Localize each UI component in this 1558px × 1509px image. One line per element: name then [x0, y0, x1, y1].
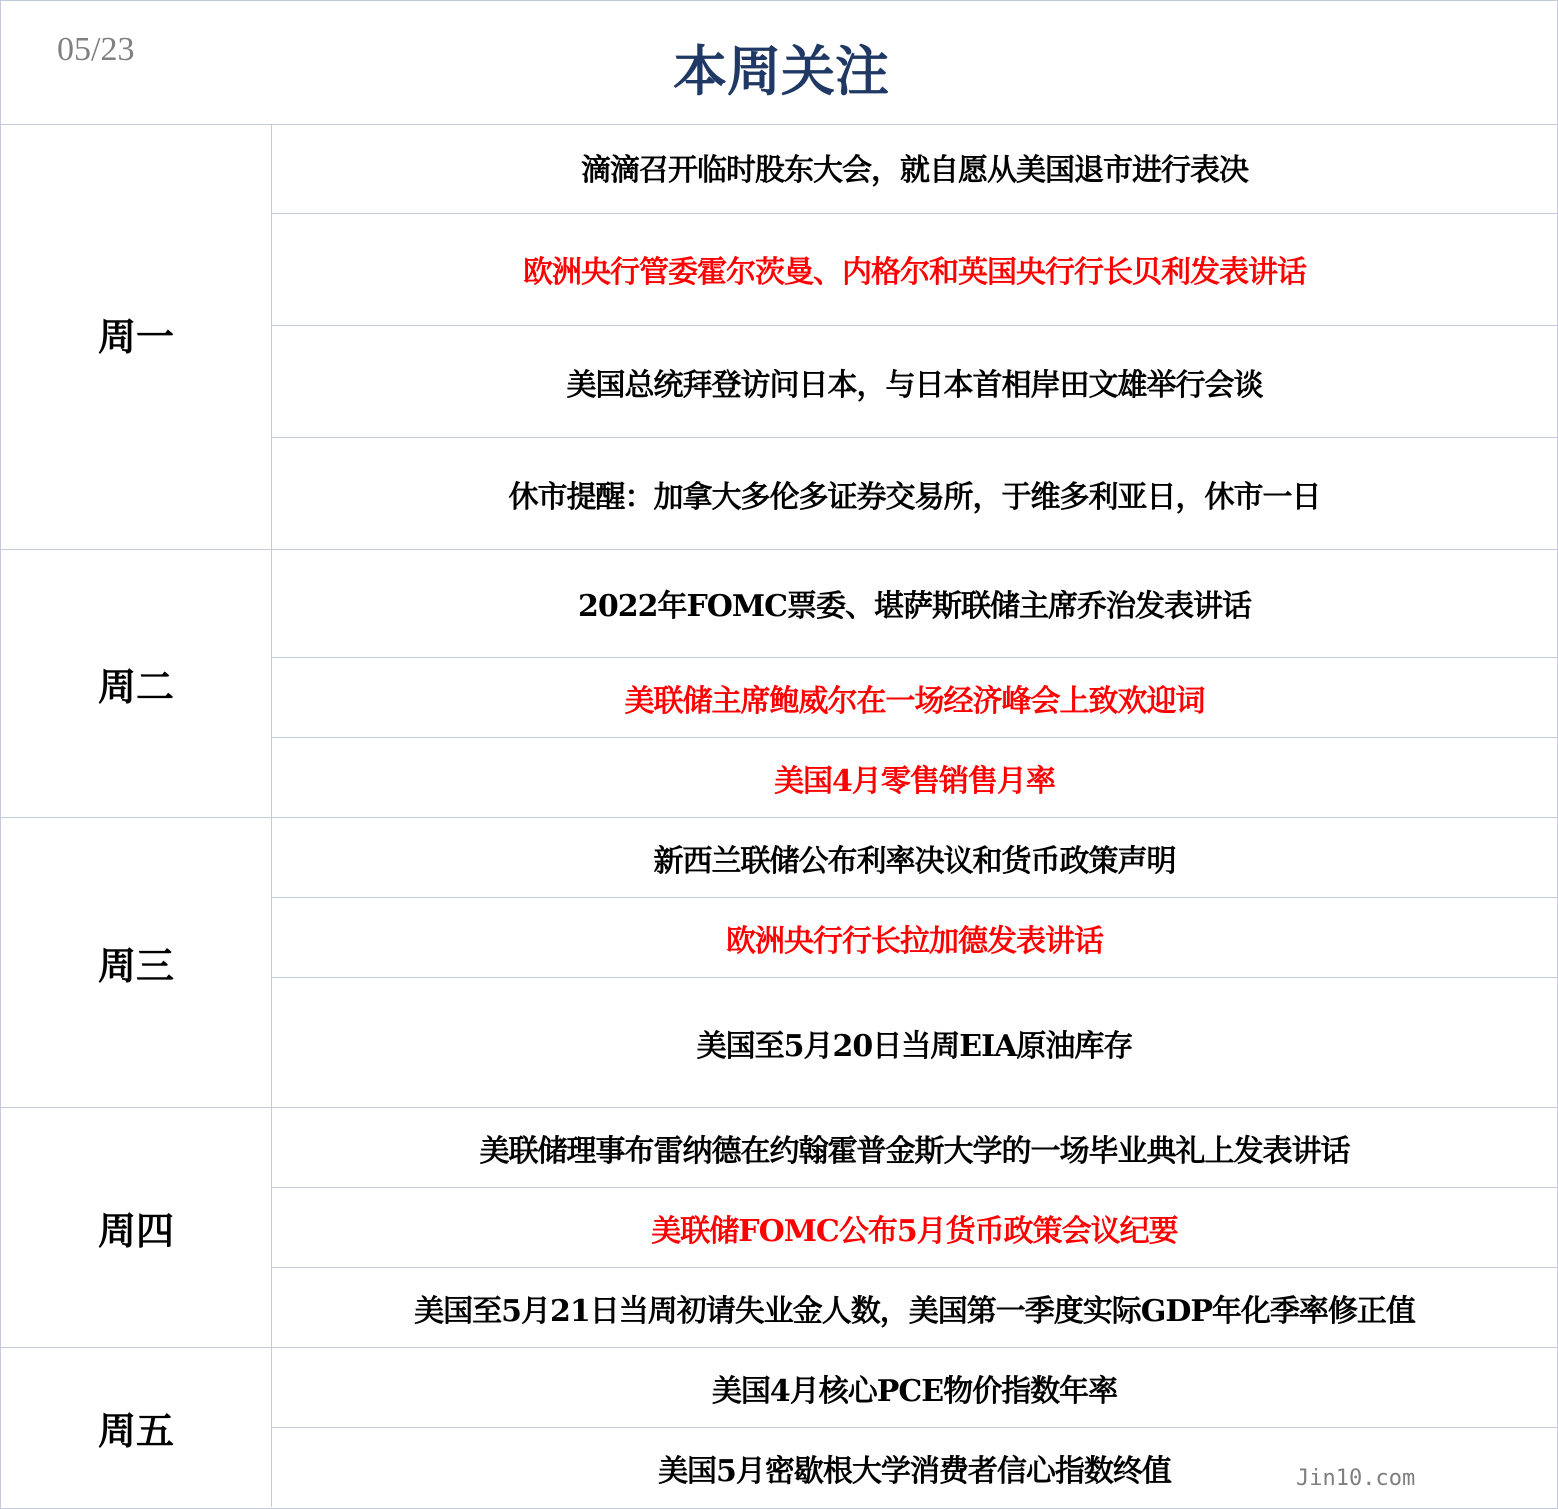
- day-label-wednesday: 周三: [1, 818, 272, 1107]
- event-row: 美国总统拜登访问日本，与日本首相岸田文雄举行会谈: [272, 326, 1557, 438]
- event-row: 美国至5月21日当周初请失业金人数，美国第一季度实际GDP年化季率修正值: [272, 1268, 1557, 1347]
- day-label-thursday: 周四: [1, 1108, 272, 1347]
- event-text: 美联储主席鲍威尔在一场经济峰会上致欢迎词: [625, 676, 1205, 720]
- event-text: 美国5月密歇根大学消费者信心指数终值: [658, 1446, 1171, 1490]
- day-label-tuesday: 周二: [1, 550, 272, 817]
- event-text: 美国4月核心PCE物价指数年率: [712, 1366, 1117, 1410]
- event-row-highlight: 欧洲央行管委霍尔茨曼、内格尔和英国央行行长贝利发表讲话: [272, 214, 1557, 326]
- watermark: Jin10.com: [1296, 1466, 1415, 1491]
- event-row-highlight: 美联储主席鲍威尔在一场经济峰会上致欢迎词: [272, 658, 1557, 738]
- event-list-monday: 滴滴召开临时股东大会，就自愿从美国退市进行表决 欧洲央行管委霍尔茨曼、内格尔和英…: [272, 124, 1557, 549]
- event-text: 新西兰联储公布利率决议和货币政策声明: [654, 836, 1176, 880]
- day-block-tuesday: 周二 2022年FOMC票委、堪萨斯联储主席乔治发表讲话 美联储主席鲍威尔在一场…: [1, 550, 1557, 818]
- event-text: 美国至5月21日当周初请失业金人数，美国第一季度实际GDP年化季率修正值: [414, 1286, 1415, 1330]
- event-row: 美国4月核心PCE物价指数年率: [272, 1348, 1557, 1428]
- day-block-thursday: 周四 美联储理事布雷纳德在约翰霍普金斯大学的一场毕业典礼上发表讲话 美联储FOM…: [1, 1108, 1557, 1348]
- event-row: 2022年FOMC票委、堪萨斯联储主席乔治发表讲话: [272, 550, 1557, 658]
- event-text: 欧洲央行管委霍尔茨曼、内格尔和英国央行行长贝利发表讲话: [523, 247, 1306, 291]
- event-list-wednesday: 新西兰联储公布利率决议和货币政策声明 欧洲央行行长拉加德发表讲话 美国至5月20…: [272, 818, 1557, 1107]
- event-row-highlight: 美联储FOMC公布5月货币政策会议纪要: [272, 1188, 1557, 1268]
- event-text: 美国总统拜登访问日本，与日本首相岸田文雄举行会谈: [567, 360, 1263, 404]
- day-label-text: 周一: [98, 306, 174, 361]
- day-block-wednesday: 周三 新西兰联储公布利率决议和货币政策声明 欧洲央行行长拉加德发表讲话 美国至5…: [1, 818, 1557, 1108]
- event-text: 美联储FOMC公布5月货币政策会议纪要: [651, 1206, 1177, 1250]
- event-row-highlight: 美国4月零售销售月率: [272, 738, 1557, 817]
- page-title-text: 本周关注: [673, 39, 889, 103]
- page-title: 本周关注: [1, 29, 1558, 106]
- day-label-text: 周四: [98, 1200, 174, 1255]
- event-row: 美联储理事布雷纳德在约翰霍普金斯大学的一场毕业典礼上发表讲话: [272, 1108, 1557, 1188]
- day-label-friday: 周五: [1, 1348, 272, 1507]
- day-label-text: 周三: [98, 935, 174, 990]
- header: 05/23 本周关注: [1, 1, 1557, 125]
- event-text: 美联储理事布雷纳德在约翰霍普金斯大学的一场毕业典礼上发表讲话: [480, 1126, 1350, 1170]
- event-list-thursday: 美联储理事布雷纳德在约翰霍普金斯大学的一场毕业典礼上发表讲话 美联储FOMC公布…: [272, 1108, 1557, 1347]
- event-text: 2022年FOMC票委、堪萨斯联储主席乔治发表讲话: [578, 581, 1251, 625]
- event-row: 休市提醒：加拿大多伦多证券交易所，于维多利亚日，休市一日: [272, 438, 1557, 549]
- event-list-tuesday: 2022年FOMC票委、堪萨斯联储主席乔治发表讲话 美联储主席鲍威尔在一场经济峰…: [272, 550, 1557, 817]
- day-label-monday: 周一: [1, 124, 272, 549]
- event-text: 滴滴召开临时股东大会，就自愿从美国退市进行表决: [581, 145, 1248, 189]
- day-label-text: 周二: [98, 656, 174, 711]
- event-text: 美国至5月20日当周EIA原油库存: [697, 1021, 1133, 1065]
- day-block-monday: 周一 滴滴召开临时股东大会，就自愿从美国退市进行表决 欧洲央行管委霍尔茨曼、内格…: [1, 124, 1557, 550]
- event-text: 休市提醒：加拿大多伦多证券交易所，于维多利亚日，休市一日: [509, 472, 1321, 516]
- event-row: 滴滴召开临时股东大会，就自愿从美国退市进行表决: [272, 124, 1557, 214]
- event-row: 新西兰联储公布利率决议和货币政策声明: [272, 818, 1557, 898]
- event-text: 欧洲央行行长拉加德发表讲话: [726, 916, 1103, 960]
- event-row-highlight: 欧洲央行行长拉加德发表讲话: [272, 898, 1557, 978]
- day-label-text: 周五: [98, 1400, 174, 1455]
- event-text: 美国4月零售销售月率: [774, 756, 1055, 800]
- event-row: 美国至5月20日当周EIA原油库存: [272, 978, 1557, 1107]
